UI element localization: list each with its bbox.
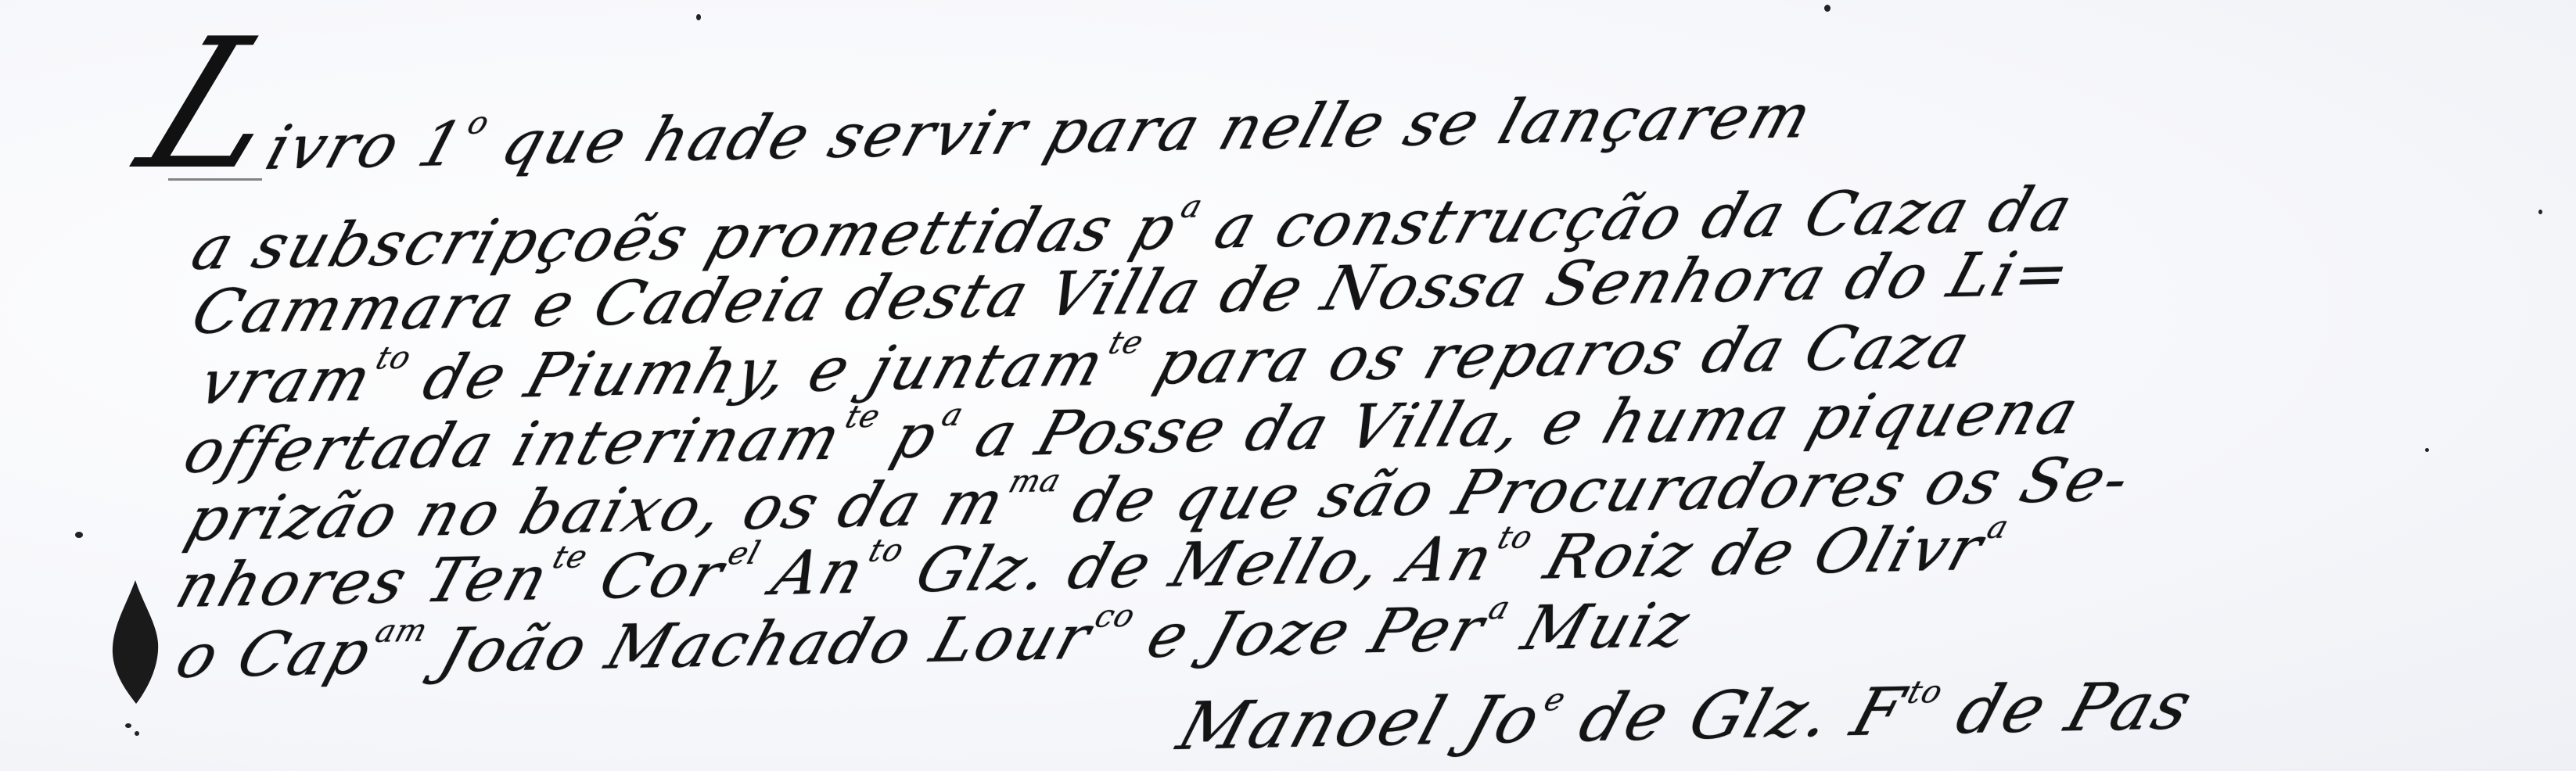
ink-speck <box>2538 210 2542 214</box>
flourish-stroke <box>168 178 262 181</box>
ink-speck <box>75 532 83 538</box>
ink-speck <box>1824 5 1831 12</box>
manuscript-page: L ivro 1o que hade servir para nelle se … <box>0 0 2576 771</box>
ink-drop-icon <box>108 580 163 704</box>
signature-line: Manoel Joe de Glz. Fto de Pas <box>1169 667 2203 765</box>
ink-speck <box>2425 448 2429 452</box>
ink-speck <box>696 14 701 20</box>
ink-speck <box>135 731 139 736</box>
manuscript-line-1: ivro 1o que hade servir para nelle se la… <box>258 77 1823 184</box>
ink-speck <box>125 723 131 728</box>
